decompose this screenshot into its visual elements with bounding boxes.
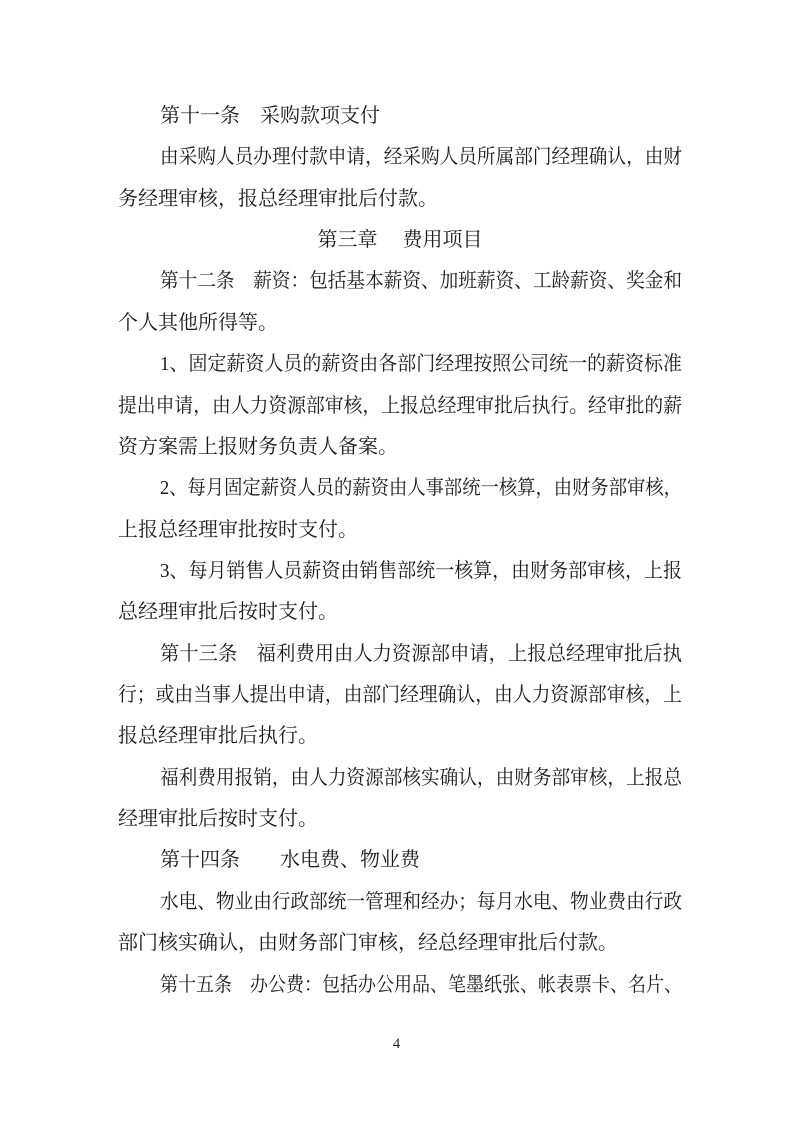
line-item-3-2: 总经理审批后按时支付。 (118, 592, 682, 633)
line-text: 3、每月销售人员薪资由销售部统一核算，由财务部审核，上报 (160, 551, 682, 592)
line-item-3-1: 3、每月销售人员薪资由销售部统一核算，由财务部审核，上报 (118, 551, 682, 592)
line-article-15-1: 第十五条 办公费：包括办公用品、笔墨纸张、帐表票卡、名片、 (118, 965, 682, 1006)
line-text: 报总经理审批后执行。 (118, 716, 318, 757)
chapter-heading-text: 第三章 费用项目 (318, 220, 483, 261)
line-article-12-2: 个人其他所得等。 (118, 303, 682, 344)
line-text: 经理审批后按时支付。 (118, 799, 318, 840)
line-article-11-title: 第十一条 采购款项支付 (118, 96, 682, 137)
line-text: 第十四条 水电费、物业费 (160, 840, 420, 881)
line-text: 务经理审核，报总经理审批后付款。 (118, 179, 438, 220)
line-article-13-1: 第十三条 福利费用由人力资源部申请，上报总经理审批后执 (118, 634, 682, 675)
line-item-2-2: 上报总经理审批按时支付。 (118, 510, 682, 551)
line-item-1-3: 资方案需上报财务负责人备案。 (118, 427, 682, 468)
line-text: 第十三条 福利费用由人力资源部申请，上报总经理审批后执 (160, 634, 682, 675)
line-item-1-1: 1、固定薪资人员的薪资由各部门经理按照公司统一的薪资标准 (118, 344, 682, 385)
line-chapter-3-title: 第三章 费用项目 (118, 220, 682, 261)
line-item-1-2: 提出申请，由人力资源部审核，上报总经理审批后执行。经审批的薪 (118, 386, 682, 427)
line-text: 上报总经理审批按时支付。 (118, 510, 358, 551)
line-text: 部门核实确认，由财务部门审核，经总经理审批后付款。 (118, 923, 618, 964)
line-text: 第十五条 办公费：包括办公用品、笔墨纸张、帐表票卡、名片、 (160, 965, 682, 1006)
line-text: 行；或由当事人提出申请，由部门经理确认，由人力资源部审核，上 (118, 675, 682, 716)
line-item-2-1: 2、每月固定薪资人员的薪资由人事部统一核算，由财务部审核， (118, 468, 682, 509)
line-text: 由采购人员办理付款申请，经采购人员所属部门经理确认，由财 (160, 137, 682, 178)
line-article-14-title: 第十四条 水电费、物业费 (118, 840, 682, 881)
line-text: 福利费用报销，由人力资源部核实确认，由财务部审核，上报总 (160, 758, 682, 799)
line-utilities-2: 部门核实确认，由财务部门审核，经总经理审批后付款。 (118, 923, 682, 964)
line-text: 2、每月固定薪资人员的薪资由人事部统一核算，由财务部审核， (160, 468, 682, 509)
line-p1-2: 务经理审核，报总经理审批后付款。 (118, 179, 682, 220)
line-text: 第十二条 薪资：包括基本薪资、加班薪资、工龄薪资、奖金和 (160, 261, 682, 302)
line-text: 资方案需上报财务负责人备案。 (118, 427, 398, 468)
line-p1-1: 由采购人员办理付款申请，经采购人员所属部门经理确认，由财 (118, 137, 682, 178)
line-text: 个人其他所得等。 (118, 303, 278, 344)
page-number: 4 (0, 1036, 793, 1053)
line-text: 总经理审批后按时支付。 (118, 592, 338, 633)
line-welfare-reimburse-2: 经理审批后按时支付。 (118, 799, 682, 840)
line-text: 水电、物业由行政部统一管理和经办；每月水电、物业费由行政 (160, 882, 682, 923)
line-article-12-1: 第十二条 薪资：包括基本薪资、加班薪资、工龄薪资、奖金和 (118, 261, 682, 302)
line-text: 1、固定薪资人员的薪资由各部门经理按照公司统一的薪资标准 (160, 344, 682, 385)
line-welfare-reimburse-1: 福利费用报销，由人力资源部核实确认，由财务部审核，上报总 (118, 758, 682, 799)
line-text: 第十一条 采购款项支付 (160, 96, 380, 137)
line-text: 提出申请，由人力资源部审核，上报总经理审批后执行。经审批的薪 (118, 386, 682, 427)
document-page-body: 第十一条 采购款项支付 由采购人员办理付款申请，经采购人员所属部门经理确认，由财… (118, 96, 682, 1006)
line-utilities-1: 水电、物业由行政部统一管理和经办；每月水电、物业费由行政 (118, 882, 682, 923)
line-article-13-3: 报总经理审批后执行。 (118, 716, 682, 757)
line-article-13-2: 行；或由当事人提出申请，由部门经理确认，由人力资源部审核，上 (118, 675, 682, 716)
